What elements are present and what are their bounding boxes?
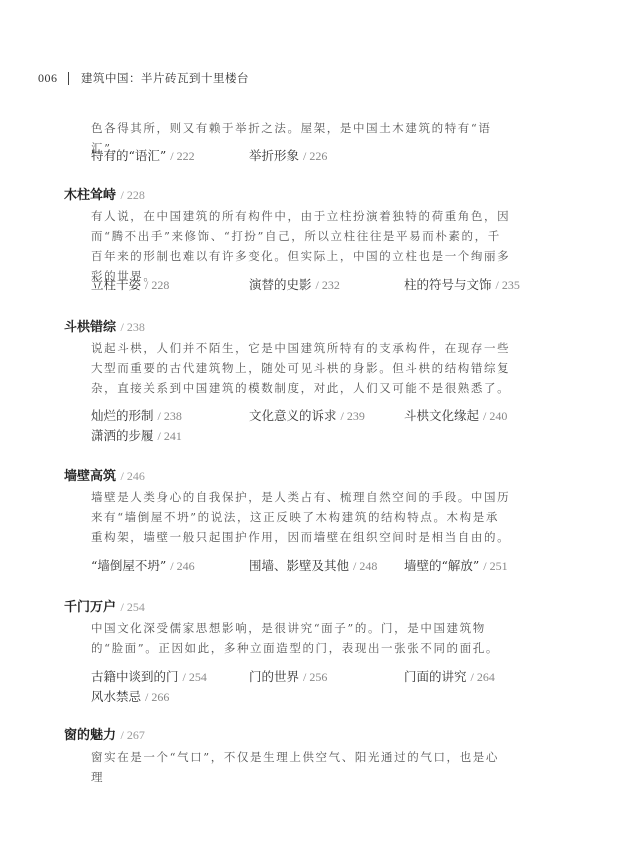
section-description: 中国文化深受儒家思想影响，是很讲究“面子”的。门，是中国建筑物的“脸面”。正因如… <box>91 618 511 658</box>
toc-subsection[interactable]: 古籍中谈到的门 / 254 <box>91 667 207 685</box>
toc-subsection[interactable]: 门的世界 / 256 <box>249 667 327 685</box>
toc-subsection[interactable]: 斗栱文化缘起 / 240 <box>404 406 507 424</box>
section-description: 说起斗栱，人们并不陌生，它是中国建筑所特有的支承构件，在现存一些大型而重要的古代… <box>91 338 511 398</box>
toc-subsection[interactable]: 特有的“语汇” / 222 <box>91 146 195 164</box>
toc-subsection[interactable]: 立柱千姿 / 228 <box>91 275 169 293</box>
running-header: 006 建筑中国：半片砖瓦到十里楼台 <box>38 70 249 86</box>
toc-subsection[interactable]: 风水禁忌 / 266 <box>91 687 169 705</box>
toc-subsection[interactable]: 门面的讲究 / 264 <box>404 667 495 685</box>
toc-subsection[interactable]: 灿烂的形制 / 238 <box>91 406 182 424</box>
toc-subsection[interactable]: 墙壁的“解放” / 251 <box>404 556 508 574</box>
toc-subsection[interactable]: 演替的史影 / 232 <box>249 275 340 293</box>
toc-subsection[interactable]: 围墙、影壁及其他 / 248 <box>249 556 377 574</box>
toc-subsection[interactable]: “墙倒屋不坍” / 246 <box>91 556 195 574</box>
toc-section-title[interactable]: 千门万户 / 254 <box>64 596 145 615</box>
section-description: 窗实在是一个“气口”，不仅是生理上供空气、阳光通过的气口，也是心理 <box>91 747 511 787</box>
book-title: 建筑中国：半片砖瓦到十里楼台 <box>81 70 249 86</box>
toc-section-title[interactable]: 窗的魅力 / 267 <box>64 724 145 743</box>
section-description: 有人说，在中国建筑的所有构件中，由于立柱扮演着独特的荷重角色，因而“腾不出手”来… <box>91 206 511 286</box>
page-number: 006 <box>38 71 58 86</box>
toc-section-title[interactable]: 斗栱错综 / 238 <box>64 316 145 335</box>
toc-subsection[interactable]: 柱的符号与文饰 / 235 <box>404 275 520 293</box>
toc-section-title[interactable]: 木柱耸峙 / 228 <box>64 184 145 203</box>
section-description: 墙壁是人类身心的自我保护，是人类占有、梳理自然空间的手段。中国历来有“墙倒屋不坍… <box>91 487 511 547</box>
header-divider <box>68 72 70 85</box>
toc-subsection[interactable]: 举折形象 / 226 <box>249 146 327 164</box>
toc-subsection[interactable]: 潇洒的步履 / 241 <box>91 426 182 444</box>
toc-section-title[interactable]: 墙壁高筑 / 246 <box>64 465 145 484</box>
toc-subsection[interactable]: 文化意义的诉求 / 239 <box>249 406 365 424</box>
